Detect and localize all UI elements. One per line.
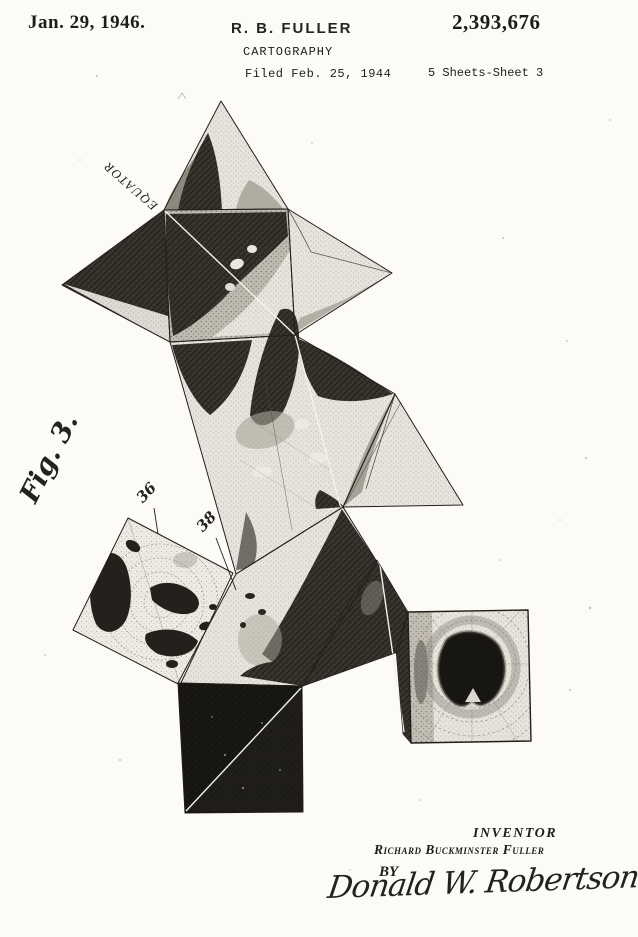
inventor-heading: INVENTOR [473, 826, 557, 842]
map-face-left-wing-triangle [62, 210, 170, 342]
dymaxion-map-figure: Fig. 3. EQUATOR 36 38 [0, 0, 638, 937]
ref-label-38: 38 [193, 507, 221, 535]
map-face-right-wing-triangle [288, 209, 392, 335]
figure-label: Fig. 3. [14, 409, 85, 509]
equator-label: EQUATOR [101, 159, 161, 214]
ref-label-36: 36 [133, 478, 161, 506]
patent-sheet: Jan. 29, 1946. R. B. FULLER CARTOGRAPHY … [0, 0, 638, 937]
map-face-bottom-square [178, 683, 303, 813]
inventor-name: Richard Buckminster Fuller [374, 842, 544, 858]
map-face-top-triangle [164, 101, 288, 210]
